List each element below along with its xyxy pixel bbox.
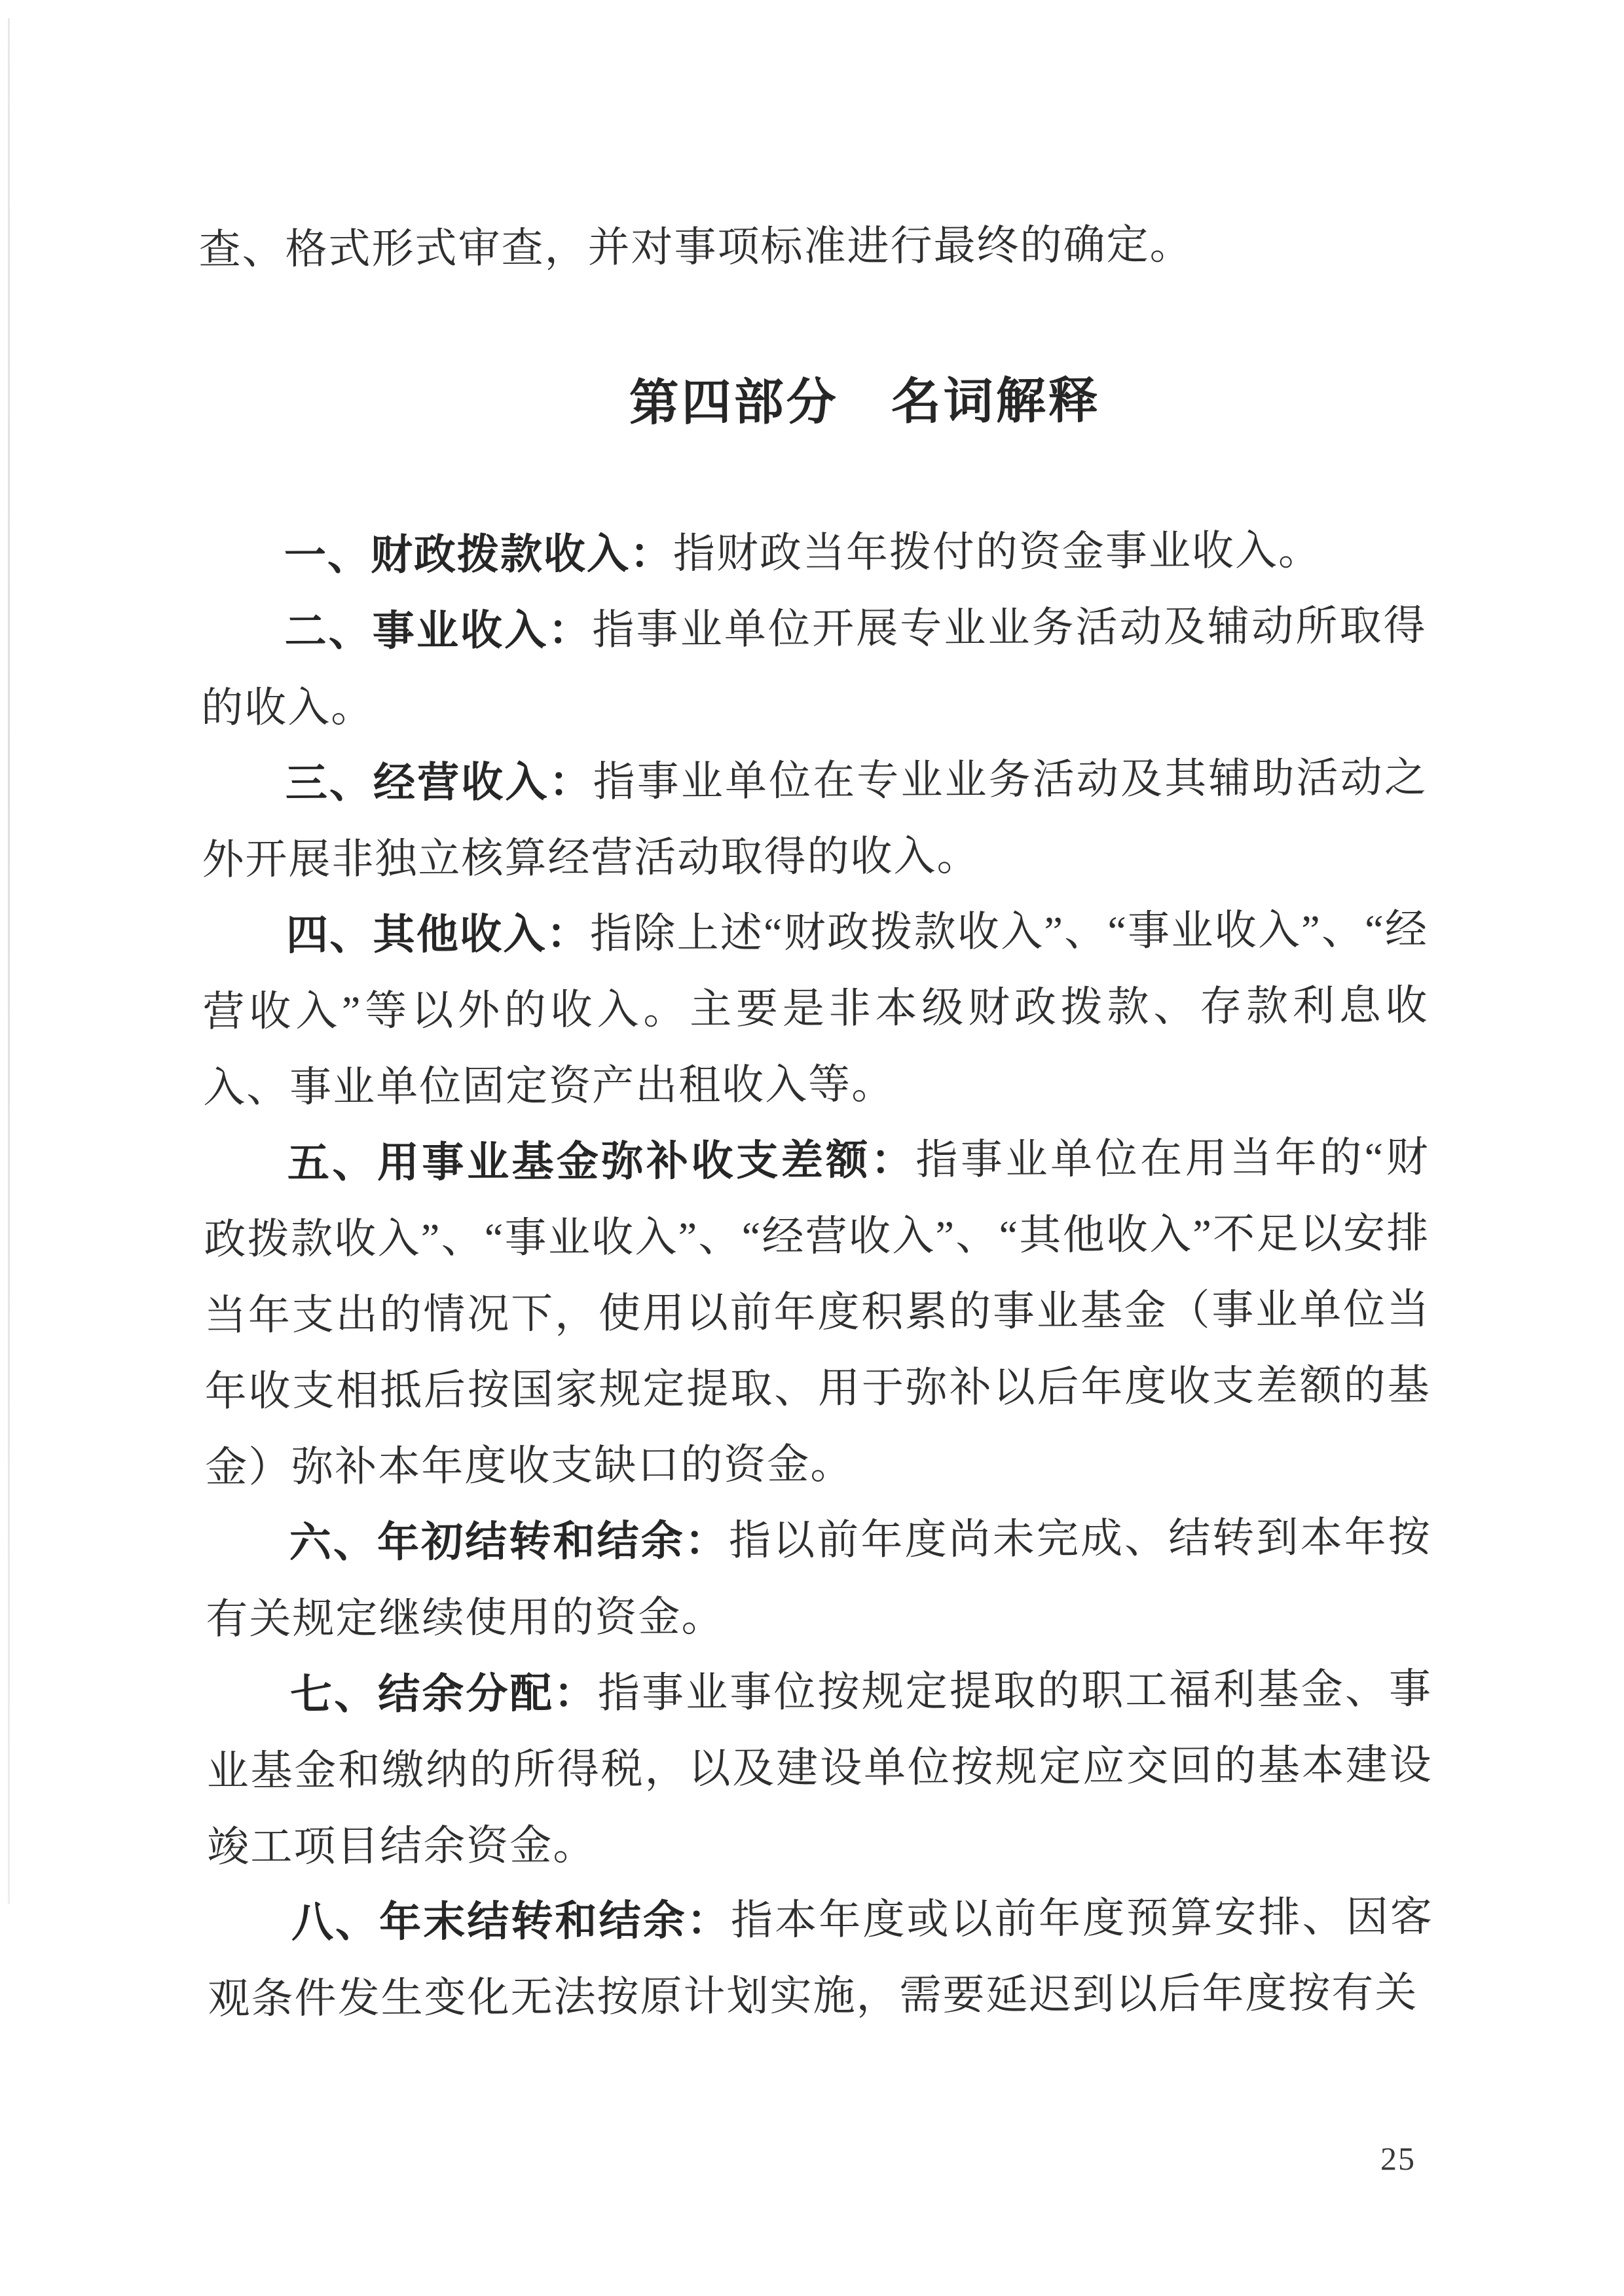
definition-paragraph: 三、经营收入：指事业单位在专业业务活动及其辅助活动之外开展非独立核算经营活动取得… bbox=[201, 740, 1428, 898]
term-label: 八、年末结转和结余： bbox=[291, 1897, 731, 1946]
definition-paragraph: 七、结余分配：指事业事位按规定提取的职工福利基金、事业基金和缴纳的所得税，以及建… bbox=[206, 1651, 1433, 1886]
scanned-document-page: { "page": { "number": "25" }, "document"… bbox=[0, 0, 1624, 2296]
definitions-list: 一、财政拨款收入：指财政当年拨付的资金事业收入。 二、事业收入：指事业单位开展专… bbox=[200, 512, 1434, 2037]
term-label: 二、事业收入： bbox=[284, 607, 592, 655]
page-number: 25 bbox=[1380, 2140, 1416, 2178]
page-sheet: 查、格式形式审查，并对事项标准进行最终的确定。 第四部分 名词解释 一、财政拨款… bbox=[0, 0, 1624, 2296]
section-heading: 第四部分 名词解释 bbox=[304, 363, 1426, 441]
term-label: 五、用事业基金弥补收支差额： bbox=[287, 1137, 916, 1186]
definition-paragraph: 六、年初结转和结余：指以前年度尚未完成、结转到本年按有关规定继续使用的资金。 bbox=[206, 1499, 1432, 1658]
term-label: 七、结余分配： bbox=[290, 1670, 598, 1718]
definition-paragraph: 四、其他收入：指除上述“财政拨款收入”、“事业收入”、“经营收入”等以外的收入。… bbox=[202, 892, 1430, 1126]
term-label: 六、年初结转和结余： bbox=[289, 1518, 729, 1567]
term-label: 一、财政拨款收入： bbox=[284, 530, 673, 579]
definition-paragraph: 八、年末结转和结余：指本年度或以前年度预算安排、因客观条件发生变化无法按原计划实… bbox=[208, 1879, 1434, 2037]
term-definition: 指事业单位在用当年的“财政拨款收入”、“事业收入”、“经营收入”、“其他收入”不… bbox=[204, 1134, 1431, 1491]
definition-paragraph: 二、事业收入：指事业单位开展专业业务活动及辅动所取得的收入。 bbox=[200, 588, 1427, 746]
term-definition: 指财政当年拨付的资金事业收入。 bbox=[673, 527, 1321, 577]
definition-paragraph: 一、财政拨款收入：指财政当年拨付的资金事业收入。 bbox=[200, 512, 1427, 594]
definition-paragraph: 五、用事业基金弥补收支差额：指事业单位在用当年的“财政拨款收入”、“事业收入”、… bbox=[203, 1120, 1431, 1506]
term-label: 三、经营收入： bbox=[286, 759, 593, 807]
intro-paragraph: 查、格式形式审查，并对事项标准进行最终的确定。 bbox=[198, 206, 1425, 288]
document-content: 查、格式形式审查，并对事项标准进行最终的确定。 第四部分 名词解释 一、财政拨款… bbox=[0, 0, 1624, 2038]
term-label: 四、其他收入： bbox=[286, 911, 590, 958]
